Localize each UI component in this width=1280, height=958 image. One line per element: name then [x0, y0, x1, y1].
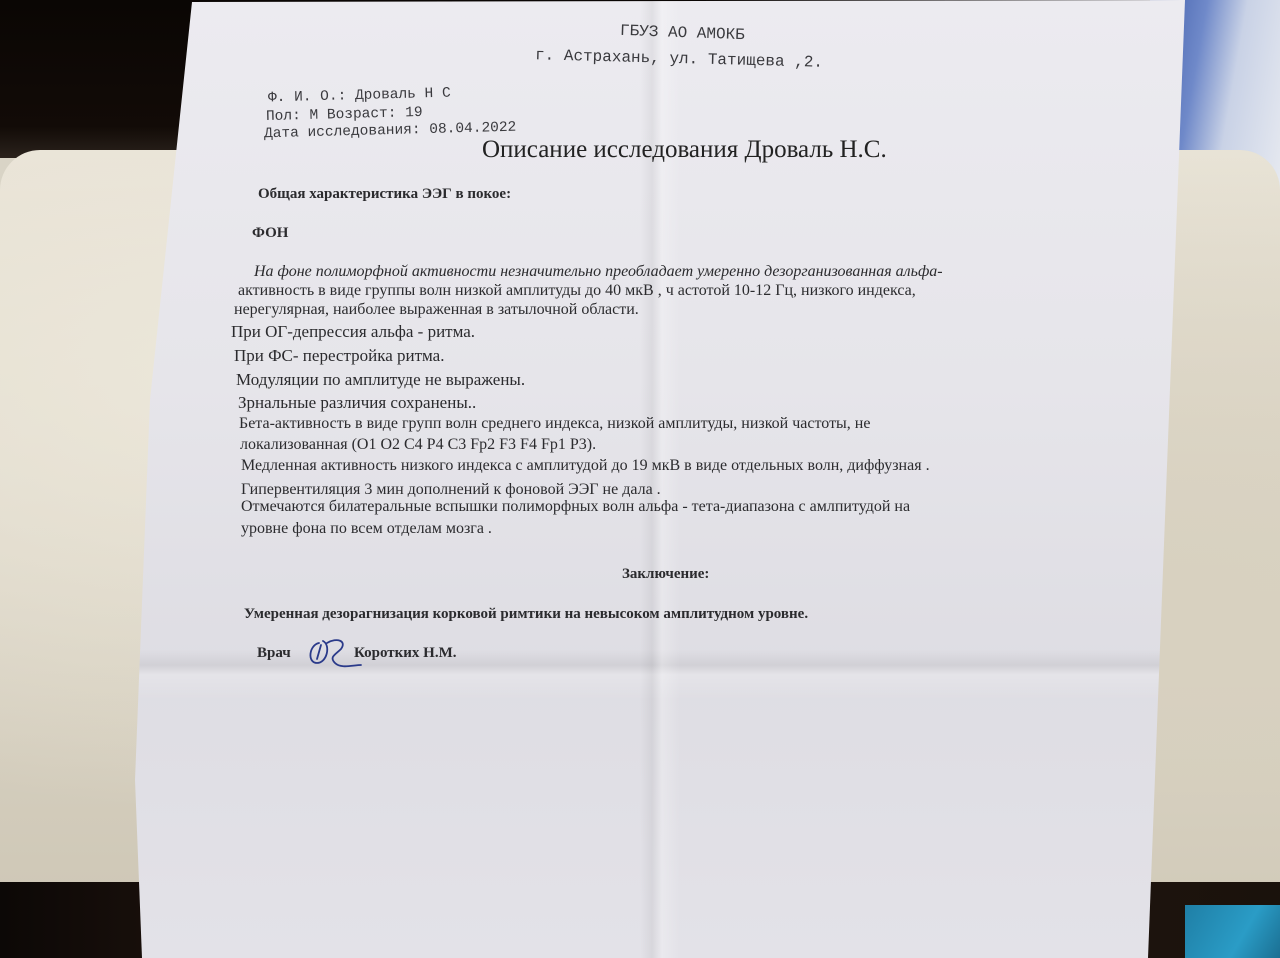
conclusion-text: Умеренная дезорагнизация корковой римтик… — [244, 606, 808, 623]
body-line: При ОГ-депрессия альфа - ритма. — [231, 322, 475, 342]
body-line: Медленная активность низкого индекса с а… — [241, 457, 930, 475]
body-line: При ФС- перестройка ритма. — [234, 346, 444, 366]
body-line: Гипервентиляция 3 мин дополнений к фонов… — [241, 481, 661, 499]
background-teal-object — [1185, 905, 1280, 958]
body-line: нерегулярная, наиболее выраженная в заты… — [234, 301, 639, 319]
body-line: Отмечаются билатеральные вспышки полимор… — [241, 498, 910, 516]
section-heading: Общая характеристика ЭЭГ в покое: — [258, 186, 511, 203]
doctor-name: Коротких Н.М. — [354, 645, 457, 662]
conclusion-heading: Заключение: — [622, 566, 709, 583]
subheading-background: ФОН — [252, 225, 288, 242]
document-title: Описание исследования Дроваль Н.С. — [482, 136, 887, 164]
body-line: уровне фона по всем отделам мозга . — [241, 520, 492, 538]
doctor-label: Врач — [257, 645, 291, 662]
body-line: На фоне полиморфной активности незначите… — [254, 263, 943, 281]
body-line: активность в виде группы волн низкой амп… — [238, 282, 916, 300]
body-line: локализованная (О1 О2 С4 Р4 С3 Fp2 F3 F4… — [240, 436, 596, 454]
body-line: Зрнальные различия сохранены.. — [238, 393, 476, 413]
body-line: Модуляции по амплитуде не выражены. — [236, 370, 525, 390]
body-line: Бета-активность в виде групп волн средне… — [239, 415, 870, 433]
